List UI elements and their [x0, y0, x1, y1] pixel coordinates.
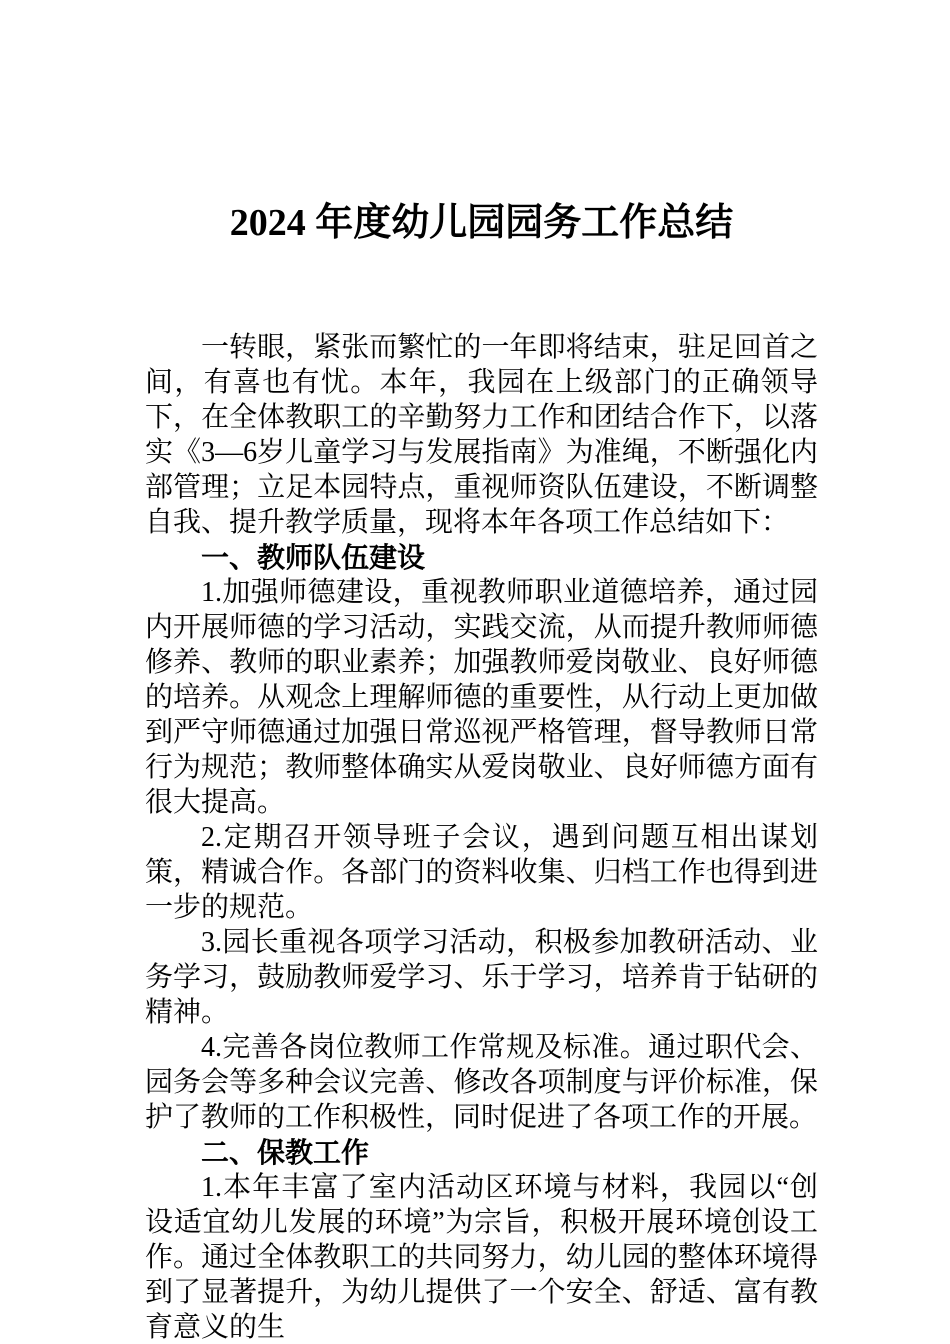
paragraph-leadership-meetings: 2.定期召开领导班子会议，遇到问题互相出谋划策，精诚合作。各部门的资料收集、归档…: [145, 820, 818, 925]
intro-paragraph: 一转眼，紧张而繁忙的一年即将结束，驻足回首之间，有喜也有忧。本年，我园在上级部门…: [145, 330, 818, 540]
section-heading-teacher-team: 一、教师队伍建设: [145, 540, 818, 575]
paragraph-environment-creation: 1.本年丰富了室内活动区环境与材料，我园以“创设适宜幼儿发展的环境”为宗旨，积极…: [145, 1170, 818, 1344]
document-page: 2024 年度幼儿园园务工作总结 一转眼，紧张而繁忙的一年即将结束，驻足回首之间…: [0, 0, 950, 1344]
section-heading-childcare-work: 二、保教工作: [145, 1135, 818, 1170]
paragraph-job-standards: 4.完善各岗位教师工作常规及标准。通过职代会、园务会等多种会议完善、修改各项制度…: [145, 1030, 818, 1135]
paragraph-teacher-ethics: 1.加强师德建设，重视教师职业道德培养，通过园内开展师德的学习活动，实践交流，从…: [145, 575, 818, 820]
document-title: 2024 年度幼儿园园务工作总结: [145, 195, 818, 251]
paragraph-principal-learning: 3.园长重视各项学习活动，积极参加教研活动、业务学习，鼓励教师爱学习、乐于学习，…: [145, 925, 818, 1030]
